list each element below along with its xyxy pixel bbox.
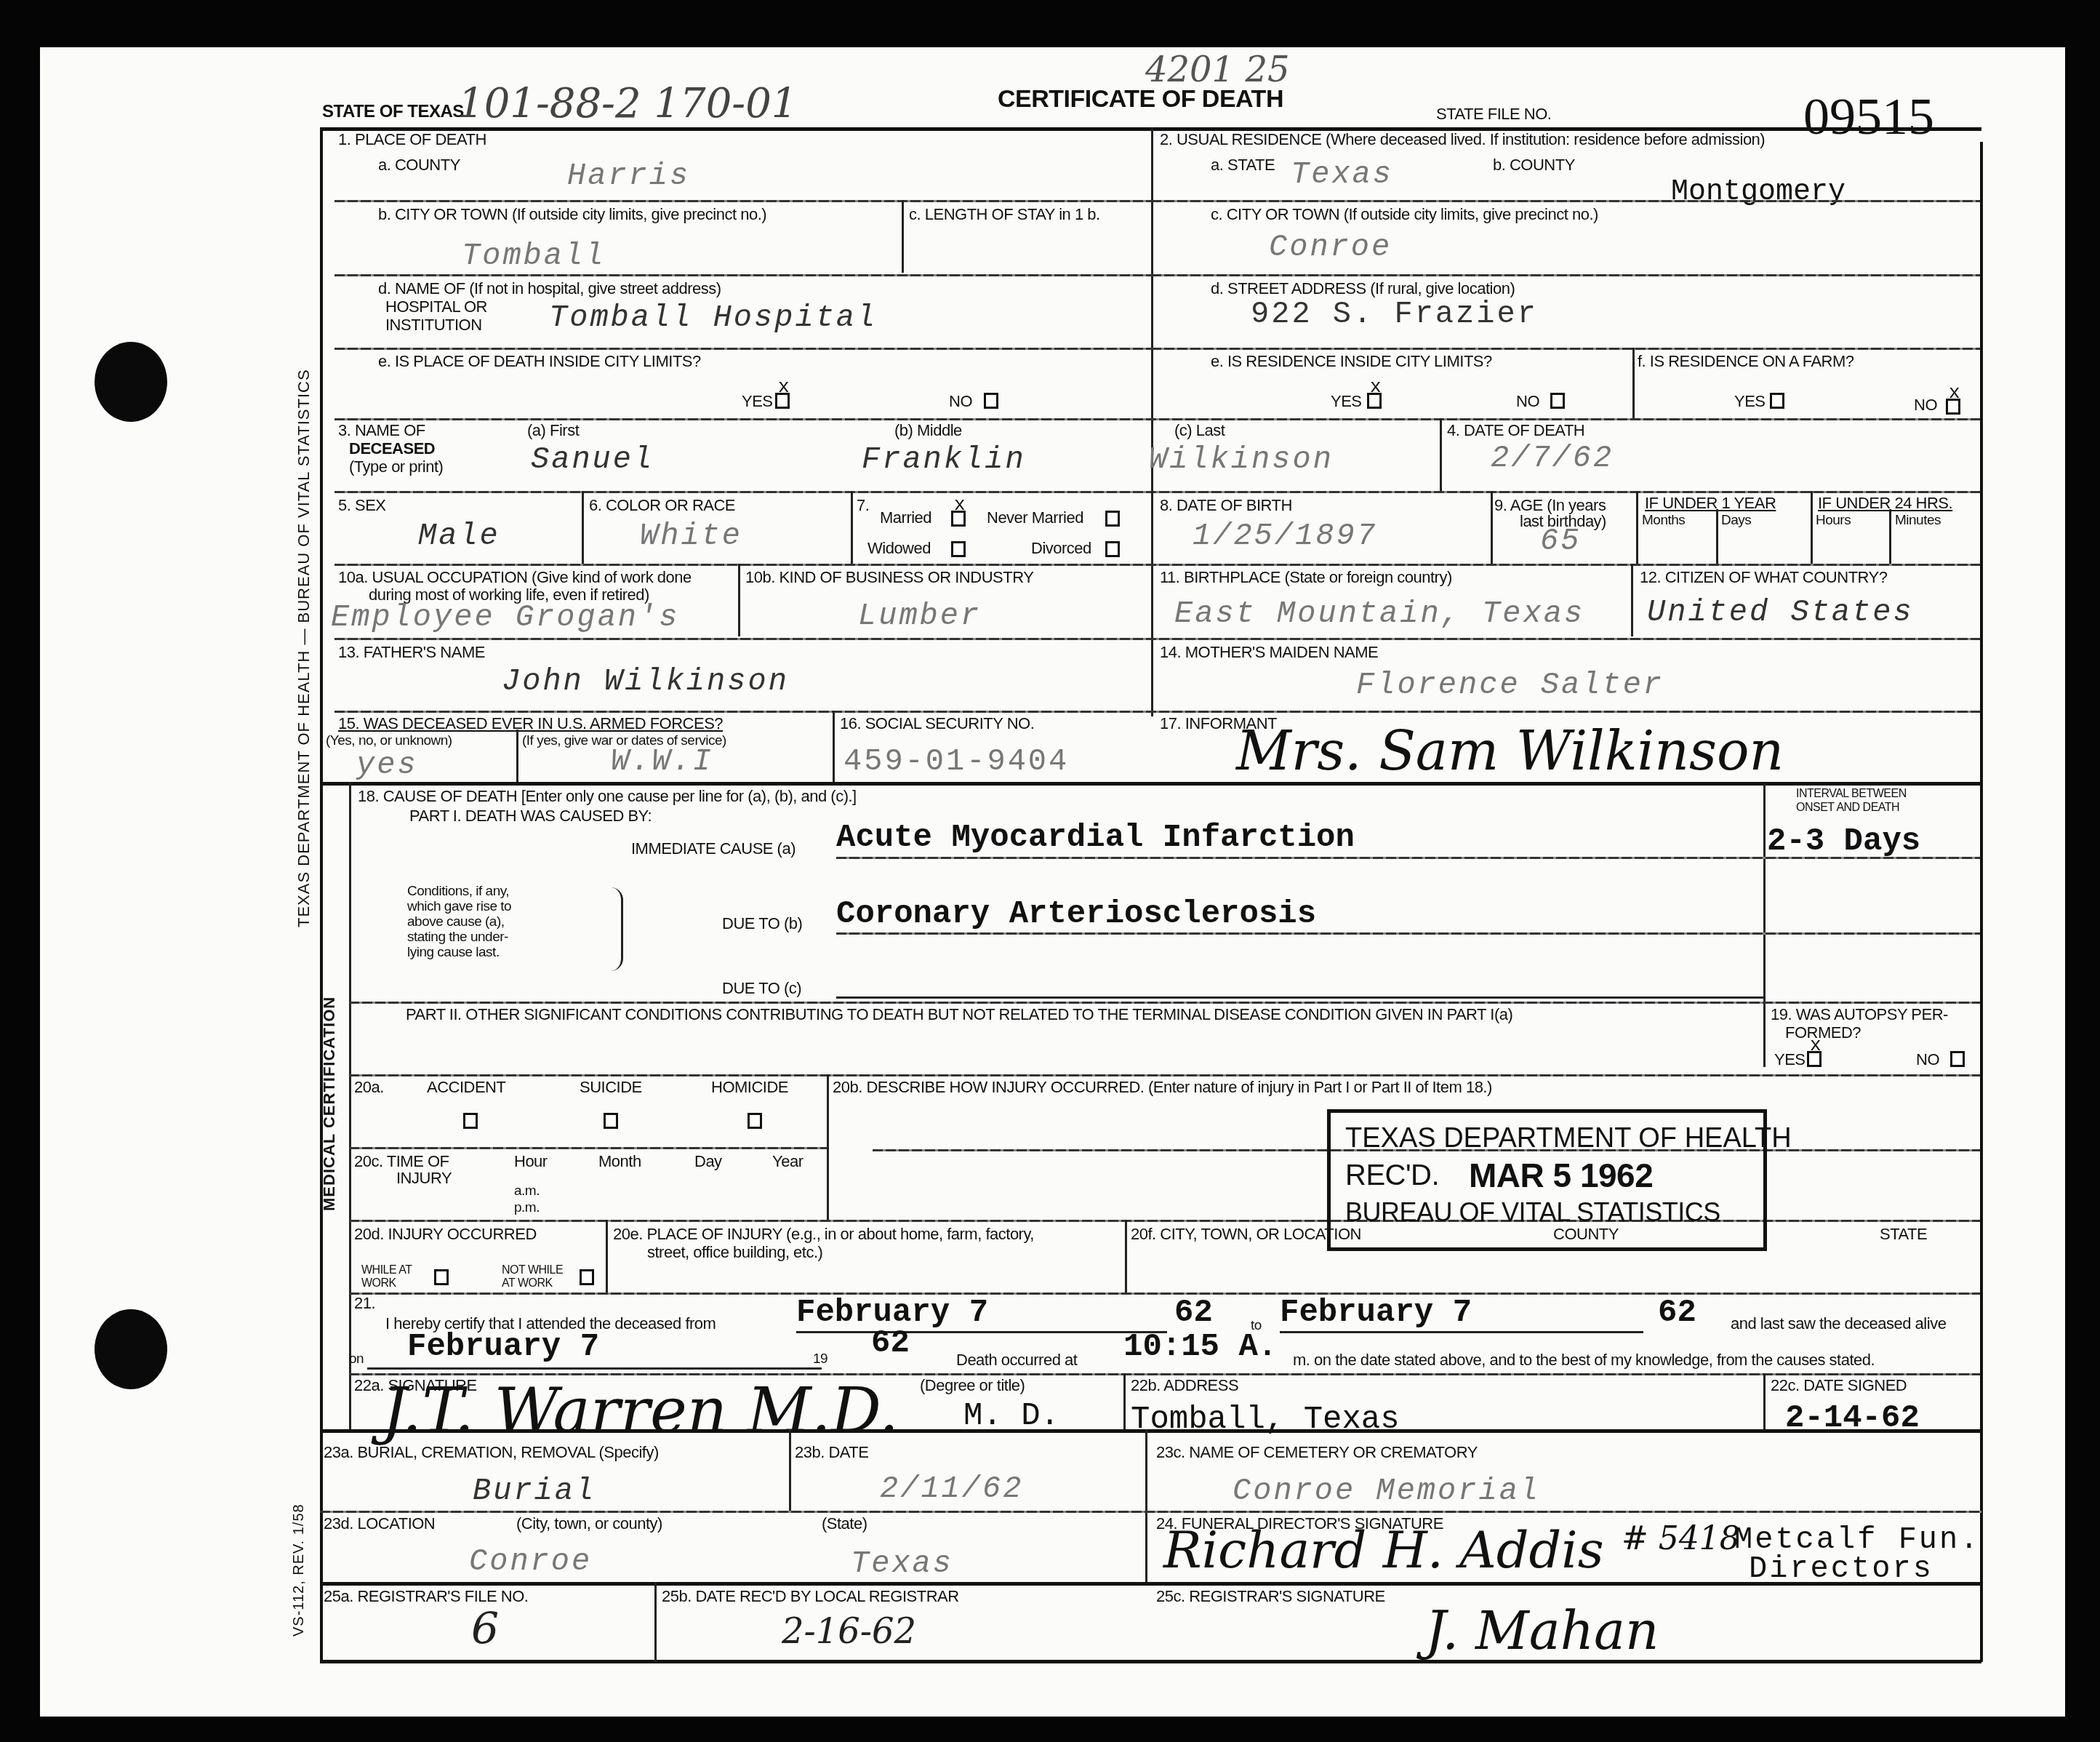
item-21: 21. bbox=[354, 1295, 375, 1312]
death-time-value[interactable]: 10:15 A. bbox=[1123, 1331, 1277, 1363]
divider bbox=[902, 200, 904, 273]
yes-label: YES bbox=[1734, 393, 1766, 410]
yes-label: YES bbox=[742, 393, 773, 410]
frame-bottom bbox=[320, 1660, 1981, 1663]
attended-to-date[interactable]: February 7 bbox=[1280, 1297, 1472, 1329]
industry-value[interactable]: Lumber bbox=[858, 600, 981, 632]
suicide-checkbox[interactable] bbox=[604, 1113, 618, 1129]
rule bbox=[1151, 274, 1980, 276]
race-value[interactable]: White bbox=[640, 520, 742, 552]
physician-signature[interactable]: J.T. Warren M.D. bbox=[382, 1375, 899, 1447]
dob-label: 8. DATE OF BIRTH bbox=[1160, 497, 1292, 514]
due-to-b-label: DUE TO (b) bbox=[722, 915, 802, 932]
city-value[interactable]: Tomball bbox=[462, 240, 605, 272]
rule bbox=[349, 1292, 1980, 1295]
birthplace-value[interactable]: East Mountain, Texas bbox=[1174, 598, 1584, 630]
hour-label: Hour bbox=[514, 1153, 548, 1170]
stamp-line-3: BUREAU OF VITAL STATISTICS bbox=[1345, 1199, 1720, 1226]
registrar-signature[interactable]: J. Mahan bbox=[1425, 1600, 1659, 1661]
attended-from-date[interactable]: February 7 bbox=[796, 1297, 988, 1329]
suicide-label: SUICIDE bbox=[580, 1079, 642, 1096]
rule bbox=[349, 1002, 1980, 1004]
occupation-value[interactable]: Employee Grogan's bbox=[331, 602, 679, 634]
rule bbox=[836, 996, 1763, 999]
burial-label: 23a. BURIAL, CREMATION, REMOVAL (Specify… bbox=[324, 1444, 659, 1461]
residence-city-label: c. CITY OR TOWN (If outside city limits,… bbox=[1211, 206, 1598, 223]
burial-date-value[interactable]: 2/11/62 bbox=[880, 1473, 1023, 1505]
on-label: on bbox=[349, 1351, 364, 1367]
rule bbox=[334, 274, 1151, 276]
residence-inside-city-label: e. IS RESIDENCE INSIDE CITY LIMITS? bbox=[1211, 353, 1492, 370]
marital-label: 7. bbox=[857, 497, 869, 514]
note-line: which gave rise to bbox=[407, 899, 511, 914]
rule bbox=[334, 638, 1980, 640]
frame-right bbox=[1980, 142, 1983, 1662]
dob-value[interactable]: 1/25/1897 bbox=[1193, 520, 1377, 552]
divider bbox=[1763, 783, 1766, 1067]
year-prefix: 19 bbox=[813, 1351, 827, 1367]
divider bbox=[1145, 1429, 1147, 1582]
rule bbox=[836, 857, 1980, 859]
location-city-value[interactable]: Conroe bbox=[469, 1546, 592, 1578]
item-20a: 20a. bbox=[354, 1079, 384, 1096]
margin-medical: MEDICAL CERTIFICATION bbox=[320, 996, 339, 1211]
armed-forces-value[interactable]: yes bbox=[356, 749, 418, 781]
inside-city-yes-checkbox[interactable] bbox=[775, 393, 790, 409]
on-farm-label: f. IS RESIDENCE ON A FARM? bbox=[1638, 353, 1854, 370]
brace bbox=[611, 887, 623, 971]
note-line: above cause (a), bbox=[407, 914, 511, 930]
never-married-checkbox[interactable] bbox=[1105, 511, 1120, 527]
residence-county-label: b. COUNTY bbox=[1493, 156, 1575, 174]
residence-inside-no-checkbox[interactable] bbox=[1550, 393, 1565, 409]
minutes-label: Minutes bbox=[1895, 513, 1941, 528]
armed-forces-label: 15. WAS DECEASED EVER IN U.S. ARMED FORC… bbox=[338, 715, 723, 732]
autopsy-label-2: FORMED? bbox=[1785, 1024, 1861, 1042]
stamp-line-1: TEXAS DEPARTMENT OF HEALTH bbox=[1345, 1124, 1792, 1153]
registrar-date-label: 25b. DATE REC'D BY LOCAL REGISTRAR bbox=[662, 1588, 959, 1605]
rule bbox=[334, 418, 1980, 420]
residence-state-value[interactable]: Texas bbox=[1291, 159, 1393, 191]
rule bbox=[334, 564, 1980, 566]
place-of-injury-label: 20e. PLACE OF INJURY (e.g., in or about … bbox=[613, 1226, 1034, 1243]
note-line: lying cause last. bbox=[407, 945, 511, 960]
address-label: 22b. ADDRESS bbox=[1131, 1377, 1238, 1394]
degree-label: (Degree or title) bbox=[920, 1377, 1025, 1394]
birthplace-label: 11. BIRTHPLACE (State or foreign country… bbox=[1160, 569, 1452, 586]
stamp-recd-label: REC'D. bbox=[1345, 1160, 1439, 1191]
rule bbox=[334, 711, 1980, 713]
armed-forces-sub1: (Yes, no, or unknown) bbox=[326, 733, 452, 748]
injury-occurred-label: 20d. INJURY OCCURRED bbox=[354, 1226, 537, 1243]
attended-to-year[interactable]: 62 bbox=[1658, 1297, 1696, 1329]
city-label: b. CITY OR TOWN (If outside city limits,… bbox=[378, 206, 766, 223]
registrar-file-label: 25a. REGISTRAR'S FILE NO. bbox=[324, 1588, 528, 1605]
divider bbox=[1763, 1373, 1766, 1429]
divider bbox=[1889, 509, 1891, 564]
not-while-at-work-checkbox[interactable] bbox=[580, 1269, 594, 1285]
autopsy-yes-label: YES bbox=[1774, 1051, 1806, 1068]
ssn-value[interactable]: 459-01-9404 bbox=[843, 746, 1069, 778]
yes-label: YES bbox=[1331, 393, 1362, 410]
inside-city-label: e. IS PLACE OF DEATH INSIDE CITY LIMITS? bbox=[378, 353, 701, 370]
conditions-note: Conditions, if any, which gave rise to a… bbox=[407, 884, 511, 960]
state-file-label: STATE FILE NO. bbox=[1436, 105, 1551, 123]
time-of-injury-label: 20c. TIME OF bbox=[354, 1153, 449, 1170]
autopsy-no-label: NO bbox=[1916, 1051, 1939, 1068]
age-value[interactable]: 65 bbox=[1540, 525, 1581, 557]
margin-department: TEXAS DEPARTMENT OF HEALTH — BUREAU OF V… bbox=[294, 369, 313, 927]
burial-value[interactable]: Burial bbox=[473, 1475, 596, 1507]
accident-label: ACCIDENT bbox=[427, 1079, 505, 1096]
year-label: Year bbox=[772, 1153, 803, 1170]
first-name-label: (a) First bbox=[527, 422, 579, 439]
rule bbox=[796, 1331, 1167, 1333]
months-label: Months bbox=[1642, 513, 1685, 528]
divider bbox=[1125, 1220, 1127, 1292]
rule bbox=[367, 1367, 822, 1370]
name-label: 3. NAME OF bbox=[338, 422, 425, 439]
rule bbox=[334, 200, 1151, 202]
divider bbox=[1811, 491, 1813, 564]
injury-state-label: STATE bbox=[1880, 1226, 1927, 1243]
location-state-label: (State) bbox=[822, 1515, 867, 1533]
funeral-license-number: # 5418 bbox=[1622, 1520, 1740, 1557]
hospital-value[interactable]: Tomball Hospital bbox=[549, 302, 877, 334]
last-name-value[interactable]: Wilkinson bbox=[1149, 444, 1334, 476]
not-while-at-work-label: NOT WHILE AT WORK bbox=[502, 1264, 578, 1290]
last-seen-year[interactable]: 62 bbox=[871, 1327, 910, 1359]
immediate-cause-label: IMMEDIATE CAUSE (a) bbox=[631, 840, 795, 858]
married-checkbox[interactable] bbox=[951, 511, 966, 527]
divider bbox=[1716, 509, 1718, 564]
place-of-injury-label-2: street, office building, etc.) bbox=[647, 1244, 822, 1261]
note-line: stating the under- bbox=[407, 930, 511, 945]
attended-from-year[interactable]: 62 bbox=[1174, 1297, 1213, 1329]
rule bbox=[334, 348, 1151, 350]
location-label: 23d. LOCATION bbox=[324, 1515, 435, 1533]
rule bbox=[320, 1429, 1981, 1433]
date-of-death-label: 4. DATE OF DEATH bbox=[1447, 422, 1584, 439]
place-of-death-label: 1. PLACE OF DEATH bbox=[338, 131, 486, 148]
pm-label: p.m. bbox=[514, 1200, 540, 1215]
interval-value[interactable]: 2-3 Days bbox=[1767, 826, 1920, 858]
county-value[interactable]: Harris bbox=[567, 160, 690, 192]
under-1-year-label: IF UNDER 1 YEAR bbox=[1645, 495, 1776, 512]
no-label: NO bbox=[1516, 393, 1539, 410]
middle-name-value[interactable]: Franklin bbox=[862, 444, 1026, 476]
last-seen-date[interactable]: February 7 bbox=[407, 1331, 599, 1363]
name-label-3: (Type or print) bbox=[349, 458, 443, 476]
date-signed-label: 22c. DATE SIGNED bbox=[1771, 1377, 1907, 1394]
rule bbox=[320, 1582, 1981, 1586]
death-occurred-label: Death occurred at bbox=[956, 1351, 1077, 1369]
cause-of-death-label: 18. CAUSE OF DEATH [Enter only one cause… bbox=[358, 788, 857, 805]
divider bbox=[582, 491, 584, 564]
location-city-label: (City, town, or county) bbox=[516, 1515, 662, 1533]
divider bbox=[1632, 348, 1635, 418]
while-at-work-checkbox[interactable] bbox=[434, 1269, 449, 1285]
day-label: Day bbox=[694, 1153, 722, 1170]
no-label: NO bbox=[1914, 396, 1937, 414]
inside-city-no-checkbox[interactable] bbox=[984, 393, 998, 409]
rule bbox=[1280, 1331, 1643, 1333]
state-label: STATE OF TEXAS bbox=[322, 103, 464, 121]
length-of-stay-label: c. LENGTH OF STAY in 1 b. bbox=[909, 206, 1127, 223]
first-name-value[interactable]: Sanuel bbox=[531, 444, 654, 476]
sex-label: 5. SEX bbox=[338, 497, 385, 514]
citizen-value[interactable]: United States bbox=[1647, 596, 1914, 628]
funeral-home-line-2: Directors bbox=[1749, 1553, 1933, 1585]
accident-checkbox[interactable] bbox=[463, 1113, 478, 1129]
divider bbox=[1631, 564, 1633, 636]
rule bbox=[320, 1511, 1981, 1513]
cemetery-label: 23c. NAME OF CEMETERY OR CREMATORY bbox=[1156, 1444, 1478, 1461]
divider bbox=[606, 1220, 608, 1292]
father-value[interactable]: John Wilkinson bbox=[502, 666, 789, 698]
divider bbox=[851, 491, 853, 564]
autopsy-no-checkbox[interactable] bbox=[1950, 1051, 1965, 1067]
never-married-label: Never Married bbox=[987, 509, 1083, 527]
divider bbox=[1636, 491, 1638, 564]
residence-county-value[interactable]: Montgomery bbox=[1671, 177, 1845, 209]
rule bbox=[836, 932, 1980, 935]
form-number: VS-112, REV. 1/58 bbox=[291, 1503, 308, 1637]
column-divider bbox=[1151, 127, 1153, 716]
residence-city-value[interactable]: Conroe bbox=[1269, 231, 1392, 263]
hours-label: Hours bbox=[1816, 513, 1851, 528]
divider bbox=[827, 1074, 829, 1220]
divider bbox=[1491, 491, 1493, 564]
registrar-file-value[interactable]: 6 bbox=[471, 1604, 499, 1655]
middle-name-label: (b) Middle bbox=[894, 422, 962, 439]
homicide-label: HOMICIDE bbox=[711, 1079, 788, 1096]
divider bbox=[1151, 491, 1153, 564]
informant-signature[interactable]: Mrs. Sam Wilkinson bbox=[1236, 720, 1784, 783]
interval-label: INTERVAL BETWEEN bbox=[1796, 788, 1907, 801]
hospital-label-3: INSTITUTION bbox=[385, 316, 482, 334]
divider bbox=[1440, 418, 1442, 491]
immediate-cause-value[interactable]: Acute Myocardial Infarction bbox=[836, 822, 1355, 854]
homicide-checkbox[interactable] bbox=[748, 1113, 762, 1129]
location-state-value[interactable]: Texas bbox=[851, 1548, 953, 1580]
residence-street-label: d. STREET ADDRESS (If rural, give locati… bbox=[1211, 280, 1515, 297]
cemetery-value[interactable]: Conroe Memorial bbox=[1233, 1475, 1540, 1507]
burial-date-label: 23b. DATE bbox=[795, 1444, 868, 1461]
citizen-label: 12. CITIZEN OF WHAT COUNTRY? bbox=[1640, 569, 1887, 586]
last-saw-text: and last saw the deceased alive bbox=[1731, 1315, 1946, 1333]
due-to-b-value[interactable]: Coronary Arteriosclerosis bbox=[836, 898, 1316, 930]
time-of-injury-label-2: INJURY bbox=[396, 1170, 452, 1187]
divider bbox=[833, 711, 835, 783]
divorced-checkbox[interactable] bbox=[1105, 541, 1120, 557]
ssn-label: 16. SOCIAL SECURITY NO. bbox=[840, 715, 1034, 732]
autopsy-label: 19. WAS AUTOPSY PER- bbox=[1771, 1006, 1948, 1023]
stamp-date: MAR 5 1962 bbox=[1469, 1158, 1653, 1193]
days-label: Days bbox=[1721, 513, 1751, 528]
father-label: 13. FATHER'S NAME bbox=[338, 644, 485, 661]
funeral-director-signature[interactable]: Richard H. Addis bbox=[1163, 1520, 1604, 1580]
handwritten-number: 4201 25 bbox=[1145, 49, 1290, 90]
occupation-label: 10a. USUAL OCCUPATION (Give kind of work… bbox=[338, 569, 692, 586]
divorced-label: Divorced bbox=[1031, 540, 1091, 557]
registrar-signature-label: 25c. REGISTRAR'S SIGNATURE bbox=[1156, 1588, 1385, 1605]
divider bbox=[789, 1429, 791, 1511]
divider bbox=[1123, 1373, 1126, 1429]
medical-divider bbox=[349, 782, 351, 1429]
certificate-paper bbox=[40, 47, 2065, 1717]
note-line: Conditions, if any, bbox=[407, 884, 511, 899]
describe-injury-label: 20b. DESCRIBE HOW INJURY OCCURRED. (Ente… bbox=[833, 1079, 1492, 1096]
divider bbox=[654, 1582, 657, 1662]
race-label: 6. COLOR OR RACE bbox=[589, 497, 735, 514]
rule bbox=[1151, 348, 1980, 350]
death-statement: m. on the date stated above, and to the … bbox=[1293, 1351, 1875, 1369]
no-label: NO bbox=[949, 393, 972, 410]
residence-inside-yes-checkbox[interactable] bbox=[1367, 393, 1382, 409]
rule bbox=[1151, 200, 1980, 202]
part1-label: PART I. DEATH WAS CAUSED BY: bbox=[409, 807, 652, 825]
rule bbox=[349, 1147, 827, 1149]
divider bbox=[516, 730, 518, 782]
punch-hole bbox=[95, 342, 167, 422]
residence-street-value[interactable]: 922 S. Frazier bbox=[1251, 298, 1538, 330]
hospital-label: d. NAME OF (If not in hospital, give str… bbox=[378, 280, 721, 297]
married-label: Married bbox=[880, 509, 931, 527]
autopsy-yes-checkbox[interactable] bbox=[1807, 1051, 1822, 1067]
interval-label-2: ONSET AND DEATH bbox=[1796, 802, 1899, 815]
part2-label: PART II. OTHER SIGNIFICANT CONDITIONS CO… bbox=[406, 1006, 1512, 1023]
month-label: Month bbox=[598, 1153, 641, 1170]
county-label: a. COUNTY bbox=[378, 156, 460, 174]
am-label: a.m. bbox=[514, 1183, 540, 1199]
punch-hole bbox=[95, 1309, 167, 1389]
last-name-label: (c) Last bbox=[1174, 422, 1225, 439]
divider bbox=[738, 564, 740, 636]
mother-label: 14. MOTHER'S MAIDEN NAME bbox=[1160, 644, 1378, 661]
hospital-label-2: HOSPITAL OR bbox=[385, 298, 487, 316]
handwritten-code: 101-88-2 170-01 bbox=[458, 80, 797, 127]
while-at-work-label: WHILE AT WORK bbox=[361, 1264, 434, 1290]
residence-state-label: a. STATE bbox=[1211, 156, 1275, 174]
due-to-c-label: DUE TO (c) bbox=[722, 980, 801, 997]
state-file-number: 09515 bbox=[1803, 91, 1934, 142]
widowed-checkbox[interactable] bbox=[951, 541, 966, 557]
rule bbox=[349, 1074, 1980, 1076]
industry-label: 10b. KIND OF BUSINESS OR INDUSTRY bbox=[745, 569, 1033, 586]
farm-yes-checkbox[interactable] bbox=[1770, 393, 1784, 409]
farm-no-checkbox[interactable] bbox=[1946, 399, 1960, 415]
widowed-label: Widowed bbox=[867, 540, 931, 557]
registrar-date-value[interactable]: 2-16-62 bbox=[782, 1611, 916, 1652]
under-24-hrs-label: IF UNDER 24 HRS. bbox=[1818, 495, 1952, 512]
date-of-death-value[interactable]: 2/7/62 bbox=[1491, 442, 1614, 474]
name-label-2: DECEASED bbox=[349, 440, 435, 458]
sex-value[interactable]: Male bbox=[418, 520, 500, 552]
usual-residence-label: 2. USUAL RESIDENCE (Where deceased lived… bbox=[1160, 131, 1765, 148]
degree-value[interactable]: M. D. bbox=[963, 1400, 1059, 1432]
war-value[interactable]: W.W.I bbox=[611, 746, 713, 778]
rule bbox=[320, 782, 1981, 786]
mother-value[interactable]: Florence Salter bbox=[1356, 669, 1664, 701]
